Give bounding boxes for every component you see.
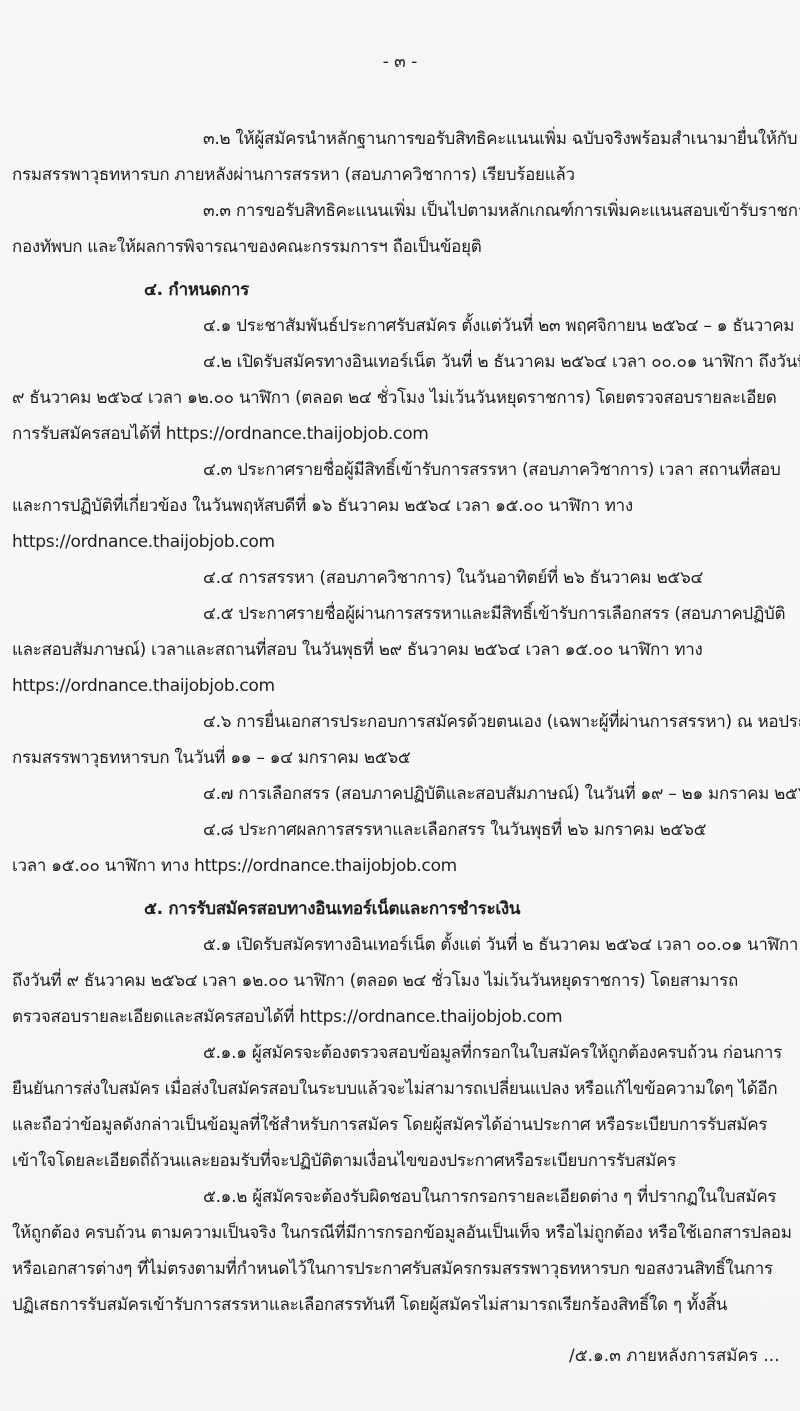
schedule-item-4-2-line-2: ๙ ธันวาคม ๒๕๖๔ เวลา ๑๒.๐๐ นาฬิกา (ตลอด ๒… [12, 386, 777, 410]
section-5-1-1-line-2: ยืนยันการส่งใบสมัคร เมื่อส่งใบสมัครสอบใน… [12, 1077, 777, 1101]
continuation-note: /๕.๑.๓ ภายหลังการสมัคร ... [569, 1344, 780, 1368]
document-page: - ๓ - ๓.๒ ให้ผู้สมัครนำหลักฐานการขอรับสิ… [0, 0, 800, 1411]
section-5-1-1-line-3: และถือว่าข้อมูลดังกล่าวเป็นข้อมูลที่ใช้ส… [12, 1113, 767, 1137]
schedule-item-4-3-line-1: ๔.๓ ประกาศรายชื่อผู้มีสิทธิ์เข้ารับการสร… [203, 458, 780, 482]
schedule-item-4-5-line-1: ๔.๕ ประกาศรายชื่อผู้ผ่านการสรรหาและมีสิท… [203, 602, 785, 626]
schedule-item-4-8-line-1: ๔.๘ ประกาศผลการสรรหาและเลือกสรร ในวันพุธ… [203, 818, 706, 842]
schedule-item-4-2-line-1: ๔.๒ เปิดรับสมัครทางอินเทอร์เน็ต วันที่ ๒… [203, 350, 800, 374]
section-3-2-line-1: ๓.๒ ให้ผู้สมัครนำหลักฐานการขอรับสิทธิคะแ… [203, 127, 797, 151]
page-number: - ๓ - [0, 48, 800, 75]
schedule-item-4-1: ๔.๑ ประชาสัมพันธ์ประกาศรับสมัคร ตั้งแต่ว… [203, 314, 800, 338]
schedule-item-4-7: ๔.๗ การเลือกสรร (สอบภาคปฏิบัติและสอบสัมภ… [203, 782, 800, 806]
schedule-item-4-8-line-2: เวลา ๑๕.๐๐ นาฬิกา ทาง https://ordnance.t… [12, 854, 457, 878]
schedule-item-4-6-line-2: กรมสรรพาวุธทหารบก ในวันที่ ๑๑ – ๑๔ มกราค… [12, 746, 410, 770]
section-5-heading: ๕. การรับสมัครสอบทางอินเทอร์เน็ตและการชำ… [144, 897, 520, 921]
schedule-item-4-5-line-3: https://ordnance.thaijobjob.com [12, 674, 275, 698]
section-5-1-2-line-4: ปฏิเสธการรับสมัครเข้ารับการสรรหาและเลือก… [12, 1293, 727, 1317]
section-5-1-line-1: ๕.๑ เปิดรับสมัครทางอินเทอร์เน็ต ตั้งแต่ … [203, 933, 798, 957]
section-3-3-line-1: ๓.๓ การขอรับสิทธิคะแนนเพิ่ม เป็นไปตามหลั… [203, 199, 800, 223]
schedule-item-4-2-line-3: การรับสมัครสอบได้ที่ https://ordnance.th… [12, 422, 429, 446]
section-5-1-2-line-3: หรือเอกสารต่างๆ ที่ไม่ตรงตามที่กำหนดไว้ใ… [12, 1257, 773, 1281]
section-5-1-1-line-1: ๕.๑.๑ ผู้สมัครจะต้องตรวจสอบข้อมูลที่กรอก… [203, 1041, 782, 1065]
schedule-item-4-6-line-1: ๔.๖ การยื่นเอกสารประกอบการสมัครด้วยตนเอง… [203, 710, 800, 734]
section-5-1-1-line-4: เข้าใจโดยละเอียดถี่ถ้วนและยอมรับที่จะปฏิ… [12, 1149, 676, 1173]
section-3-3-line-2: กองทัพบก และให้ผลการพิจารณาของคณะกรรมการ… [12, 235, 481, 259]
section-4-heading: ๔. กำหนดการ [144, 278, 249, 302]
schedule-item-4-5-line-2: และสอบสัมภาษณ์) เวลาและสถานที่สอบ ในวันพ… [12, 638, 703, 662]
schedule-item-4-3-line-2: และการปฏิบัติที่เกี่ยวข้อง ในวันพฤหัสบดี… [12, 494, 633, 518]
schedule-item-4-4: ๔.๔ การสรรหา (สอบภาควิชาการ) ในวันอาทิตย… [203, 566, 703, 590]
schedule-item-4-3-line-3: https://ordnance.thaijobjob.com [12, 530, 275, 554]
section-5-1-2-line-2: ให้ถูกต้อง ครบถ้วน ตามความเป็นจริง ในกรณ… [12, 1221, 792, 1245]
section-5-1-line-2: ถึงวันที่ ๙ ธันวาคม ๒๕๖๔ เวลา ๑๒.๐๐ นาฬิ… [12, 969, 738, 993]
section-5-1-line-3: ตรวจสอบรายละเอียดและสมัครสอบได้ที่ https… [12, 1005, 562, 1029]
section-5-1-2-line-1: ๕.๑.๒ ผู้สมัครจะต้องรับผิดชอบในการกรอกรา… [203, 1185, 776, 1209]
section-3-2-line-2: กรมสรรพาวุธทหารบก ภายหลังผ่านการสรรหา (ส… [12, 163, 575, 187]
